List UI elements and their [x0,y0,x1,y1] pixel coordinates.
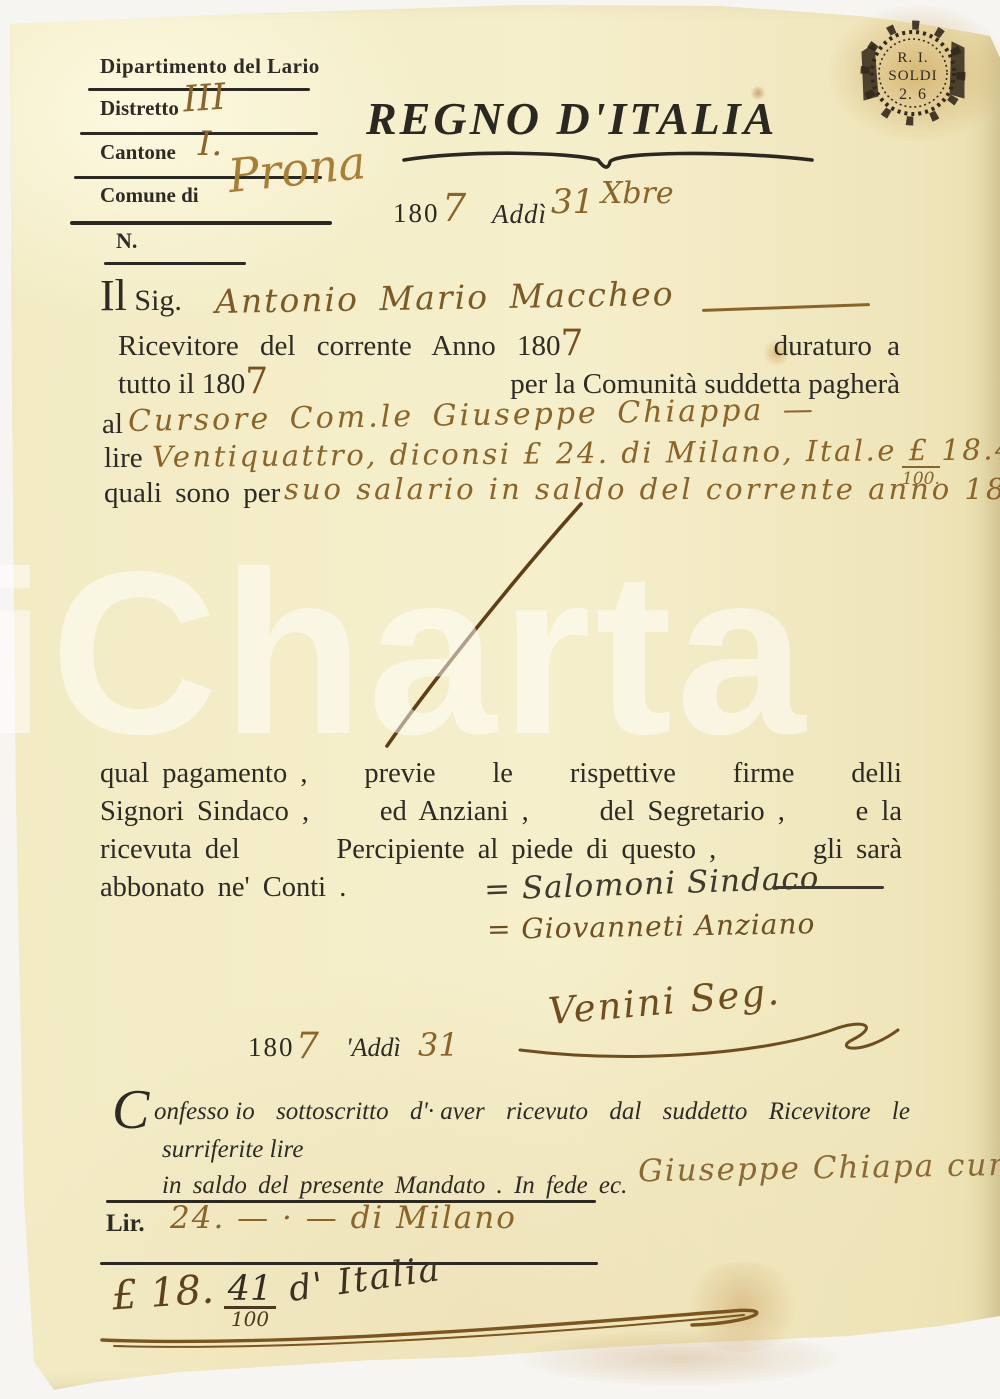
ink-flourish [512,1000,922,1064]
handwritten-digit: 7 [561,323,584,364]
addi-label: Addì [492,199,547,230]
number-label: N. [116,228,137,254]
commune-label: Comune di [100,183,199,208]
receipt-line-2: surriferite lire [162,1136,303,1164]
stamp-text: 2. 6 [899,86,927,103]
fraction-denominator-handwritten: 100. [902,466,940,489]
page-title: REGNO D'ITALIA [366,92,777,145]
body-line-2: Ricevitore del corrente Anno 1807 duratu… [118,330,900,363]
addi-label: 'Addì [346,1033,401,1063]
clause-line: Signori Sindaco ,ed Anziani ,del Segreta… [100,796,902,834]
printed-text: duraturo a [774,330,900,363]
receipt-dropcap: C [112,1078,149,1142]
handwritten-year-digit: 7 [296,1026,319,1067]
handwritten-year-digit: 7 [442,186,466,230]
printed-year: 180 [393,198,440,229]
document-scan: Dipartimento del Lario Distretto III Can… [0,0,1000,1399]
printed-text: tutto il 180 [118,368,245,400]
handwritten-month: Xbre [601,176,674,211]
rule-line [70,221,332,225]
printed-text: lire [104,442,143,475]
rule-line [104,262,246,265]
handwritten-digit: 7 [245,361,268,402]
receipt-line-1: onfesso iosottoscrittod'· averricevutoda… [154,1098,910,1126]
handwritten-day: 31 [418,1026,459,1064]
revenue-stamp-icon: R. I. SOLDI 2. 6 [848,18,978,130]
payee-name-handwritten: Antonio Mario Maccheo [215,274,675,321]
department-label: Dipartimento del Lario [100,54,320,79]
canton-value-handwritten: I. [198,124,222,164]
receipt-line-3: in saldo del presente Mandato . In fede … [162,1172,627,1200]
ink-flourish [92,1298,792,1350]
handwritten-day: 31 [551,182,594,222]
drop-cap: Il [100,271,127,320]
total-milano-handwritten: 24. — · — di Milano [170,1200,517,1236]
lire-label: Lir. [106,1210,145,1238]
printed-year: 180 [248,1032,295,1063]
district-value-handwritten: III [182,77,227,121]
ink-stroke [375,498,595,754]
stamp-text: SOLDI [888,68,937,84]
signature-anziano: = Giovanneti Anziano [487,907,816,946]
canton-label: Cantone [100,140,176,165]
printed-text: al [102,408,123,441]
sig-label: Il Sig. [100,281,182,318]
printed-text: Ricevitore del corrente Anno 180 [118,330,561,362]
district-label: Distretto [100,96,179,121]
receipt-signature-handwritten: Giuseppe Chiapa curs [638,1147,1000,1190]
title-flourish [398,148,818,176]
stamp-text: R. I. [897,50,928,66]
ink-dash [772,886,884,889]
clause-line: qual pagamento ,previelerispettivefirmed… [100,758,902,796]
printed-text: quali sono per [104,477,280,510]
